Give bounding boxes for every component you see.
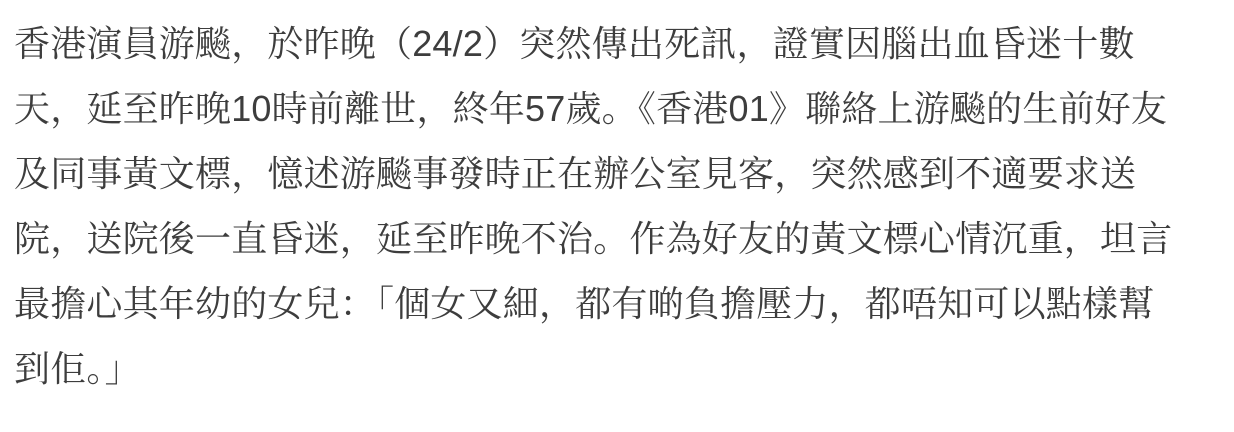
article-text-block: 香港演員游飈，於昨晚（24/2）突然傳出死訊，證實因腦出血昏迷十數 天，延至昨晚… xyxy=(0,0,1234,401)
text-line-6: 到佢。」 xyxy=(14,336,1220,401)
text-line-1: 香港演員游飈，於昨晚（24/2）突然傳出死訊，證實因腦出血昏迷十數 xyxy=(14,11,1220,76)
text-line-4: 院，送院後一直昏迷，延至昨晚不治。作為好友的黃文標心情沉重，坦言 xyxy=(14,206,1220,271)
text-line-2: 天，延至昨晚10時前離世，終年57歲。《香港01》聯絡上游飈的生前好友 xyxy=(14,76,1220,141)
text-line-5: 最擔心其年幼的女兒：「個女又細，都有啲負擔壓力，都唔知可以點樣幫 xyxy=(14,271,1220,336)
article-paragraph: 香港演員游飈，於昨晚（24/2）突然傳出死訊，證實因腦出血昏迷十數 天，延至昨晚… xyxy=(14,11,1220,401)
text-line-3: 及同事黃文標，憶述游飈事發時正在辦公室見客，突然感到不適要求送 xyxy=(14,141,1220,206)
